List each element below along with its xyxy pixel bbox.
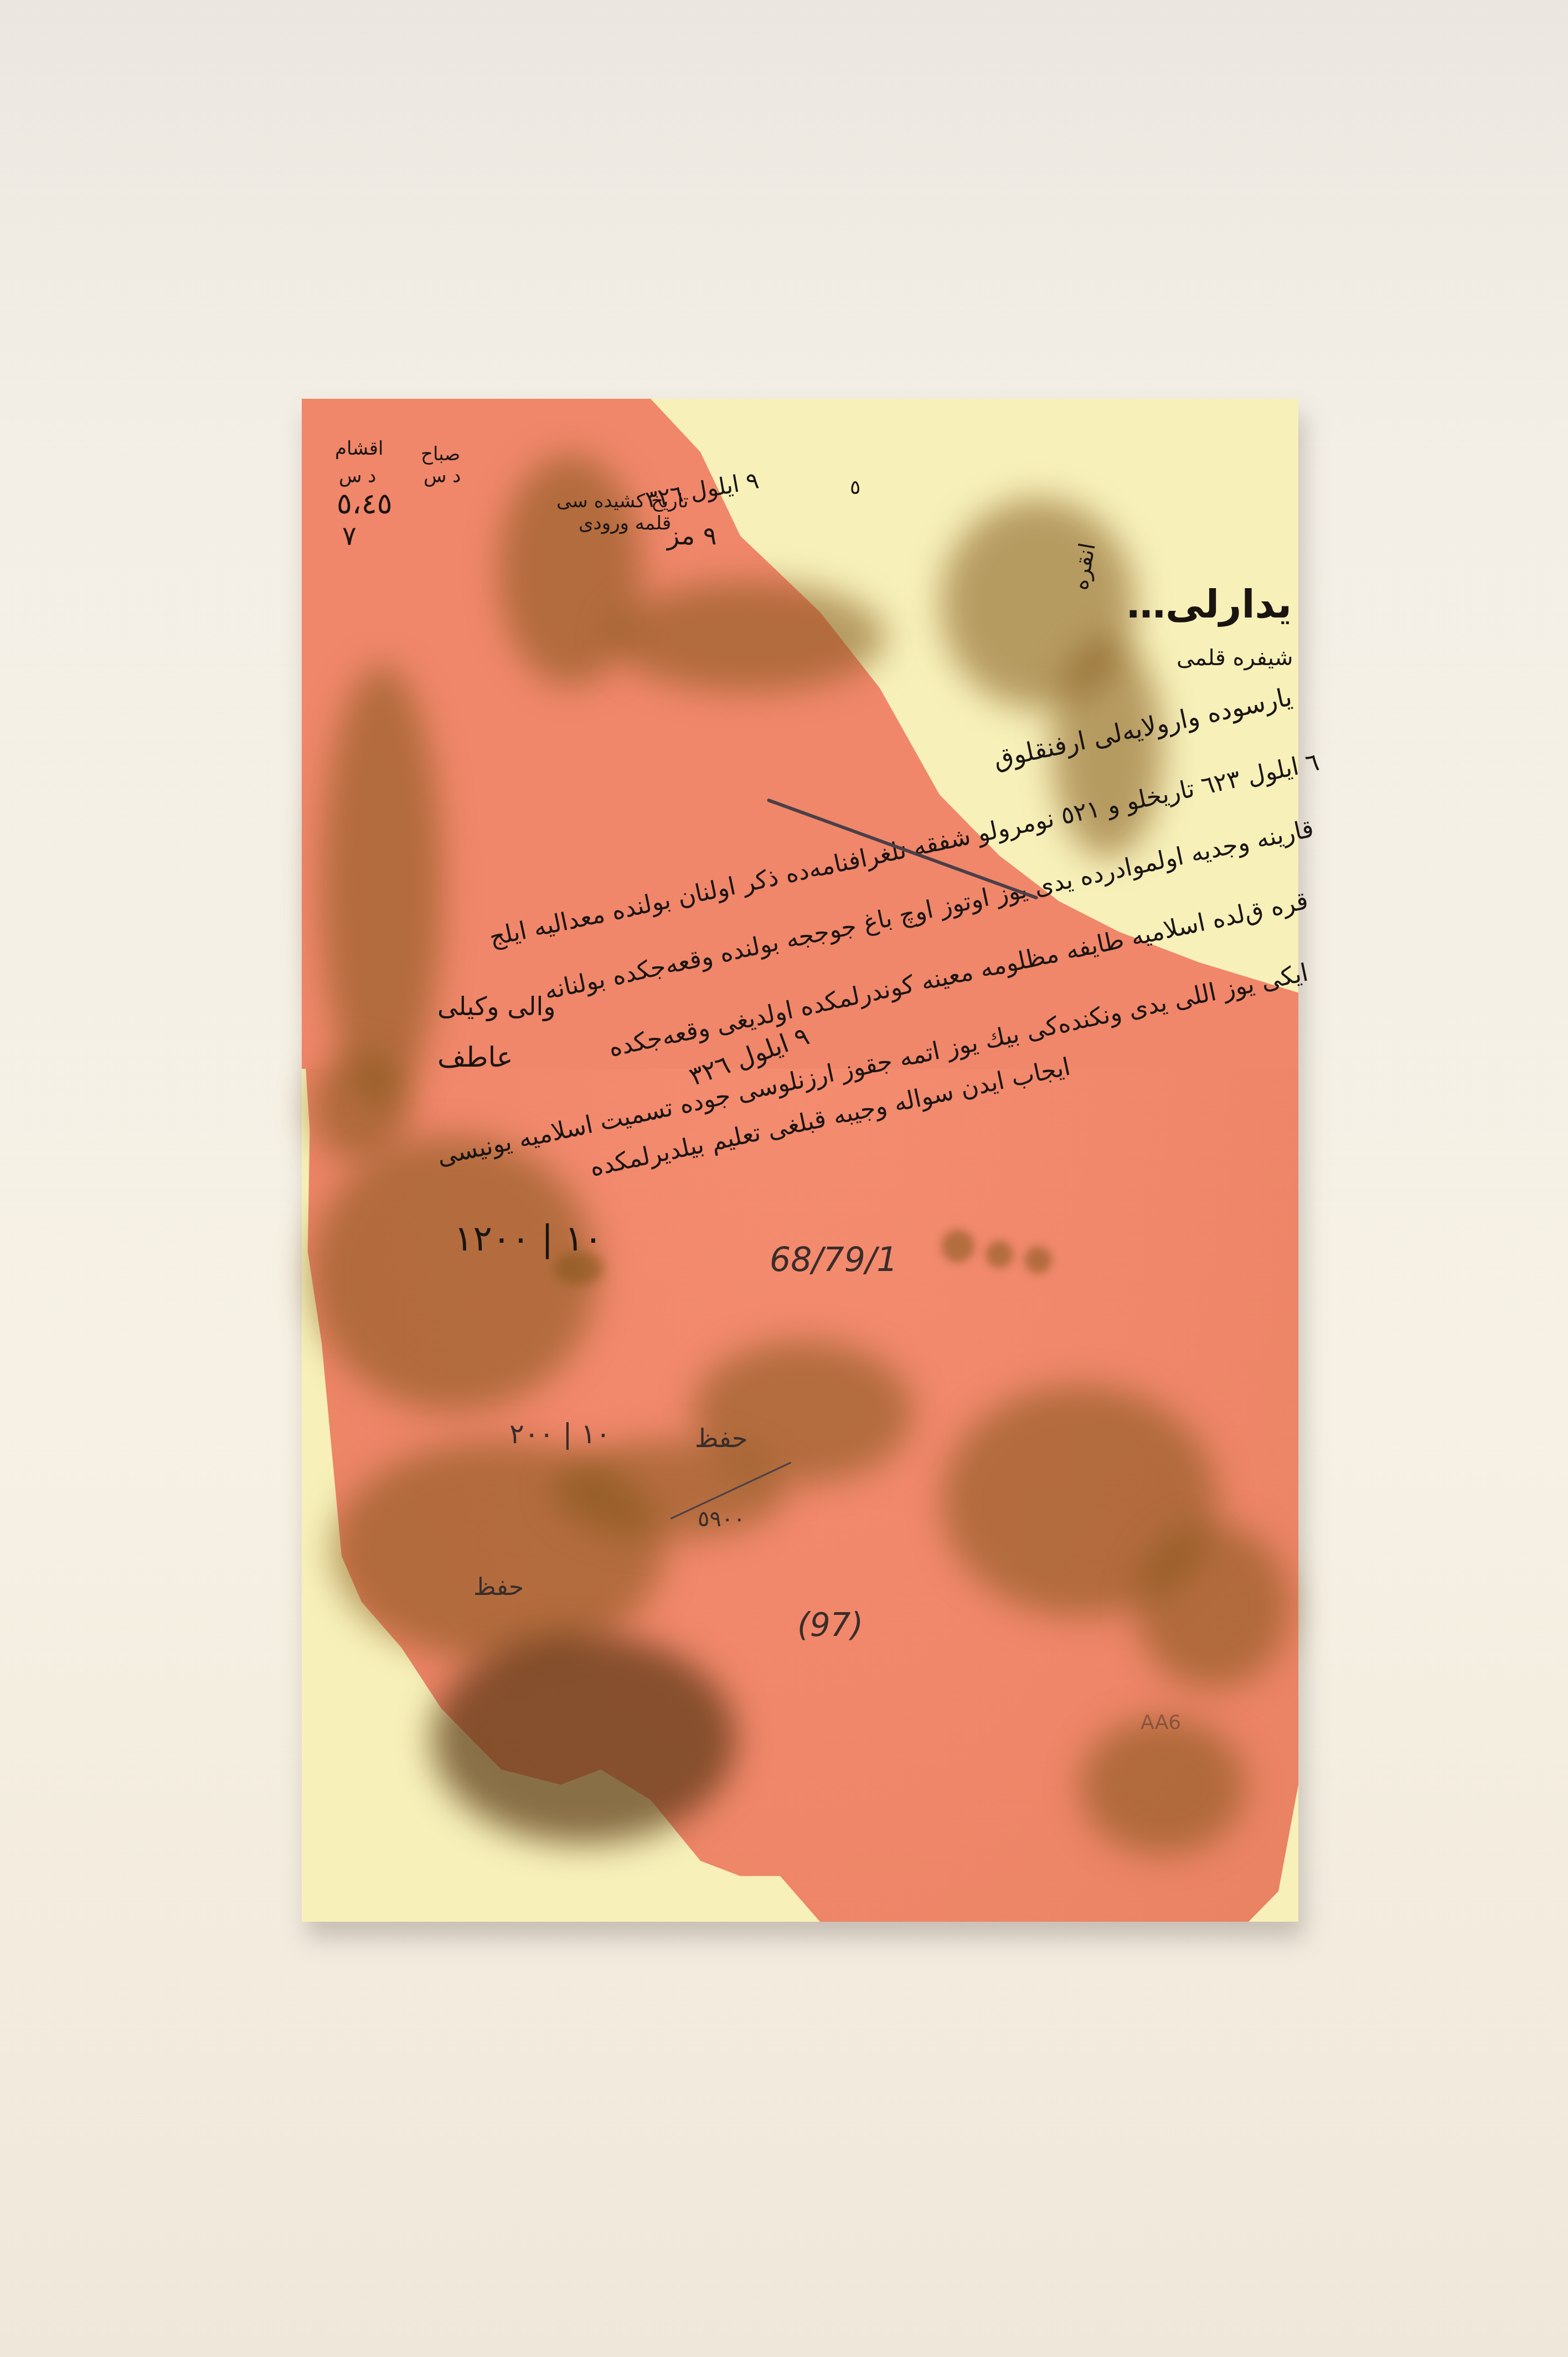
top-mark: ٥	[850, 476, 860, 499]
aksam-label: اقشام	[335, 438, 383, 460]
pencil-hifz-2: حفظ	[473, 1573, 524, 1601]
cipher-office-label: شیفره قلمی	[1177, 645, 1293, 671]
pencil-amount: ٥٩٠٠	[698, 1506, 745, 1532]
pencil-hifz-1: حفظ	[695, 1423, 747, 1453]
pencil-note: ١٠ | ٢٠٠	[509, 1418, 611, 1450]
marginal-number: ١٠ | ١٢٠٠	[454, 1218, 603, 1259]
aksam-units: د س	[339, 465, 376, 487]
vurud-date: ٩ مز	[667, 521, 716, 550]
vurud-label: قلمه ورودی	[579, 512, 671, 534]
signature-name: عاطف	[437, 1041, 513, 1073]
faded-stamp: AA6	[1141, 1711, 1181, 1734]
time-value: ٥،٤٥	[337, 487, 393, 521]
folio-number: (97)	[797, 1606, 863, 1644]
archive-number: 68/79/1	[770, 1241, 898, 1279]
time-number-below: ٧	[342, 521, 357, 552]
sabah-label: صباح	[421, 443, 460, 465]
sabah-units: د س	[424, 465, 461, 487]
letterhead-fragment: …یدارلی	[1127, 581, 1292, 627]
signature-title: والی وکیلی	[437, 991, 556, 1021]
